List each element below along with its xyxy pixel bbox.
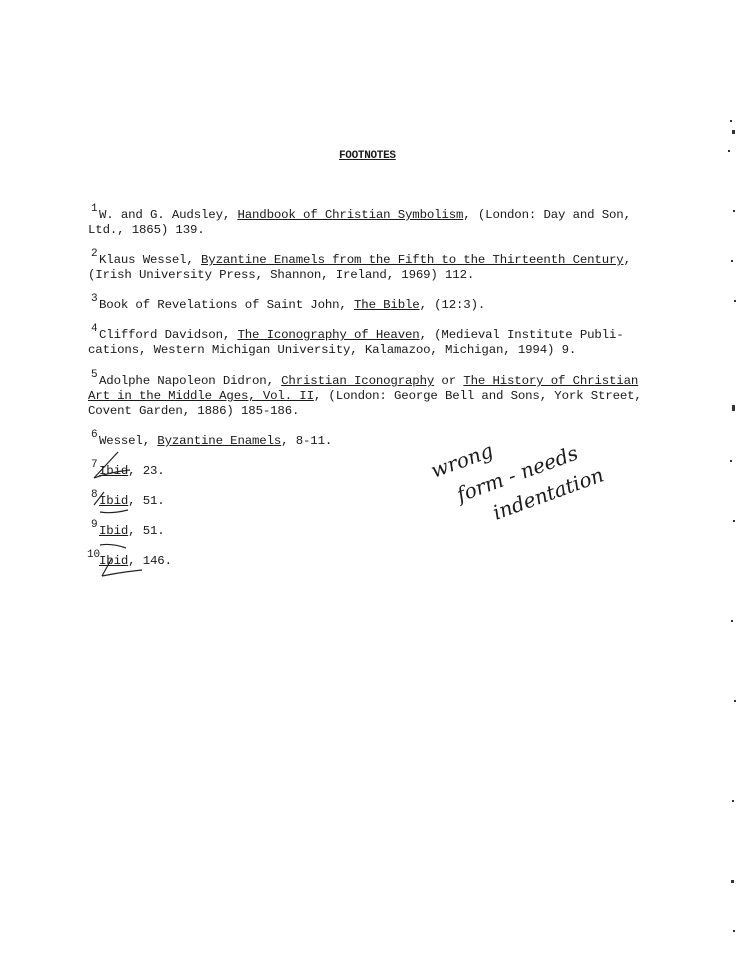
citation-title: Christian Iconography bbox=[281, 374, 434, 388]
citation-title: Ibid bbox=[99, 554, 128, 568]
footnote-6: 6Wessel, Byzantine Enamels, 8-11. bbox=[99, 434, 332, 449]
citation-title: The Bible bbox=[354, 298, 420, 312]
footnote-1: 1W. and G. Audsley, Handbook of Christia… bbox=[99, 208, 631, 238]
footnote-line: Covent Garden, 1886) 185-186. bbox=[88, 404, 642, 419]
footnote-line: Ibid, 51. bbox=[99, 494, 165, 509]
citation-text: , bbox=[624, 253, 631, 267]
footnote-line: Ibid, 51. bbox=[99, 524, 165, 539]
footnote-number: 6 bbox=[91, 428, 97, 443]
footnote-line: (Irish University Press, Shannon, Irelan… bbox=[88, 268, 631, 283]
footnote-4: 4Clifford Davidson, The Iconography of H… bbox=[99, 328, 624, 358]
footnote-3: 3Book of Revelations of Saint John, The … bbox=[99, 298, 485, 313]
footnote-9: 9Ibid, 51. bbox=[99, 524, 165, 539]
citation-text: Covent Garden, 1886) 185-186. bbox=[88, 404, 299, 418]
citation-title: Ibid bbox=[99, 464, 128, 478]
citation-title: Ibid bbox=[99, 494, 128, 508]
footnote-line: Ibid, 23. bbox=[99, 464, 165, 479]
citation-text: , (London: Day and Son, bbox=[463, 208, 631, 222]
footnote-number: 2 bbox=[91, 247, 97, 262]
citation-title: The Iconography of Heaven bbox=[237, 328, 419, 342]
citation-text: , 23. bbox=[128, 464, 164, 478]
citation-text: , (London: George Bell and Sons, York St… bbox=[314, 389, 642, 403]
footnote-10: 10Ibid, 146. bbox=[99, 554, 172, 569]
footnote-line: Book of Revelations of Saint John, The B… bbox=[99, 298, 485, 313]
citation-text: , 8-11. bbox=[281, 434, 332, 448]
footnote-5: 5Adolphe Napoleon Didron, Christian Icon… bbox=[99, 374, 642, 419]
footnote-line: W. and G. Audsley, Handbook of Christian… bbox=[99, 208, 631, 223]
footnote-line: Ltd., 1865) 139. bbox=[88, 223, 631, 238]
footnote-2: 2Klaus Wessel, Byzantine Enamels from th… bbox=[99, 253, 631, 283]
footnote-line: Art in the Middle Ages, Vol. II, (London… bbox=[88, 389, 642, 404]
footnote-line: cations, Western Michigan University, Ka… bbox=[88, 343, 624, 358]
citation-text: Ltd., 1865) 139. bbox=[88, 223, 205, 237]
citation-text: Adolphe Napoleon Didron, bbox=[99, 374, 281, 388]
footnote-number: 4 bbox=[91, 322, 97, 337]
citation-title: Byzantine Enamels bbox=[157, 434, 281, 448]
footnote-line: Ibid, 146. bbox=[99, 554, 172, 569]
citation-title: Ibid bbox=[99, 524, 128, 538]
citation-text: Clifford Davidson, bbox=[99, 328, 237, 342]
footnote-number: 3 bbox=[91, 292, 97, 307]
footnote-number: 8 bbox=[91, 488, 97, 503]
footnote-line: Klaus Wessel, Byzantine Enamels from the… bbox=[99, 253, 631, 268]
citation-text: W. and G. Audsley, bbox=[99, 208, 237, 222]
footnote-line: Wessel, Byzantine Enamels, 8-11. bbox=[99, 434, 332, 449]
citation-title: Handbook of Christian Symbolism bbox=[237, 208, 463, 222]
citation-text: cations, Western Michigan University, Ka… bbox=[88, 343, 576, 357]
citation-title: Byzantine Enamels from the Fifth to the … bbox=[201, 253, 624, 267]
footnote-7: 7Ibid, 23. bbox=[99, 464, 165, 479]
citation-title: Art in the Middle Ages, Vol. II bbox=[88, 389, 314, 403]
footnote-number: 5 bbox=[91, 368, 97, 383]
citation-text: Klaus Wessel, bbox=[99, 253, 201, 267]
footnote-line: Clifford Davidson, The Iconography of He… bbox=[99, 328, 624, 343]
footnote-line: Adolphe Napoleon Didron, Christian Icono… bbox=[99, 374, 642, 389]
footnote-number: 9 bbox=[91, 518, 97, 533]
page-title: FOOTNOTES bbox=[339, 150, 396, 162]
citation-text: Book of Revelations of Saint John, bbox=[99, 298, 354, 312]
citation-title: The History of Christian bbox=[463, 374, 638, 388]
citation-text: , (12:3). bbox=[420, 298, 486, 312]
citation-text: or bbox=[434, 374, 463, 388]
footnote-number: 10 bbox=[87, 548, 100, 563]
citation-text: Wessel, bbox=[99, 434, 157, 448]
citation-text: , 51. bbox=[128, 494, 164, 508]
citation-text: (Irish University Press, Shannon, Irelan… bbox=[88, 268, 474, 282]
document-page: FOOTNOTES 1W. and G. Audsley, Handbook o… bbox=[0, 0, 738, 955]
citation-text: , (Medieval Institute Publi- bbox=[420, 328, 624, 342]
footnote-number: 7 bbox=[91, 458, 97, 473]
handwritten-annotation: wrong form - needs indentation bbox=[430, 420, 670, 530]
footnote-8: 8Ibid, 51. bbox=[99, 494, 165, 509]
footnote-number: 1 bbox=[91, 202, 97, 217]
scan-noise bbox=[718, 0, 738, 955]
citation-text: , 51. bbox=[128, 524, 164, 538]
citation-text: , 146. bbox=[128, 554, 172, 568]
